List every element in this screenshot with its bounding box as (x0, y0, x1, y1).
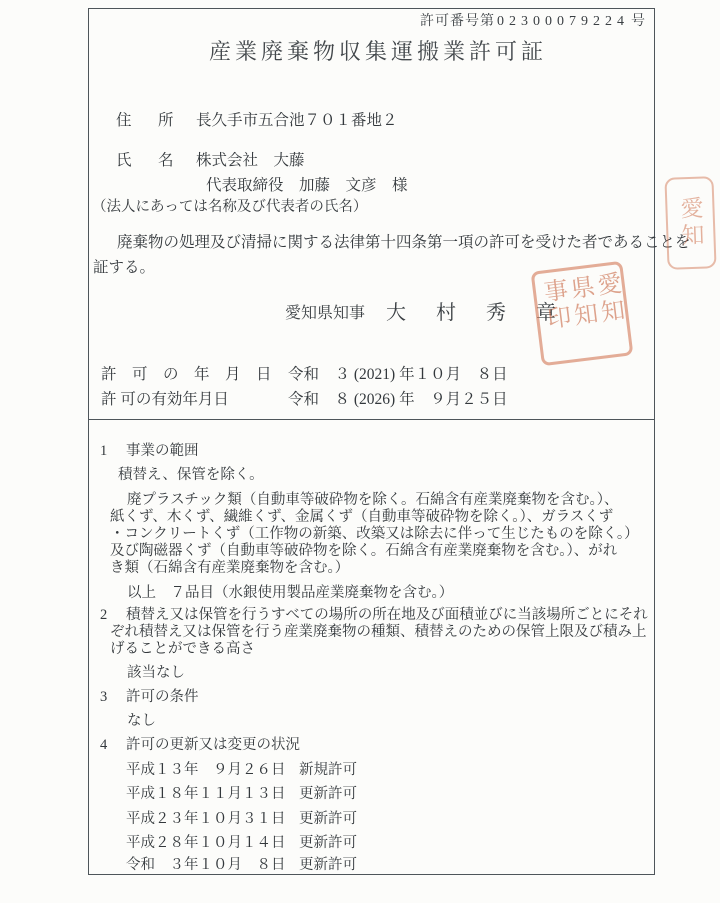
permit-certificate-scan: 許可番号第02300079224号 産業廃棄物収集運搬業許可証 住 所 長久手市… (0, 0, 720, 903)
section2-number: 2 (100, 608, 107, 623)
permit-number-prefix: 許可番号第 (420, 14, 495, 29)
certify-text-line1: 廃棄物の処理及び清掃に関する法律第十四条第一項の許可を受けた者であることを (117, 235, 691, 251)
history-row-date: 平成２８年１０月１４日 (126, 836, 286, 851)
governor-seal: 愛知県知事印 (531, 261, 634, 367)
section1-item-line: 紙くず、木くず、繊維くず、金属くず（自動車等破砕物を除く。）、ガラスくず (110, 510, 613, 525)
name-label-2: 名 (158, 153, 174, 169)
expiry-date-label: 許 可の有効年月日 (101, 392, 229, 408)
section3-number: 3 (100, 690, 107, 705)
history-row-action: 更新許可 (299, 858, 357, 873)
history-row-action: 更新許可 (299, 812, 357, 827)
section-divider-line (88, 419, 655, 420)
section1-item-line: ・コンクリートくず（工作物の新築、改築又は除去に伴って生じたものを除く。） (110, 527, 639, 542)
section1-item-line: 廃プラスチック類（自動車等破砕物を除く。石綿含有産業廃棄物を含む。）、 (127, 493, 619, 508)
permit-number: 許可番号第02300079224号 (420, 15, 645, 29)
expiry-date-value: 令和 ８ (2026) 年 ９月２５日 (288, 392, 508, 408)
representative-name: 代表取締役 加藤 文彦 様 (206, 178, 408, 194)
history-row-date: 令和 ３年１０月 ８日 (126, 858, 286, 873)
company-name: 株式会社 大藤 (196, 153, 305, 169)
section1-summary: 以上 ７品目（水銀使用製品産業廃棄物を含む。） (127, 586, 453, 601)
history-row-date: 平成１３年 ９月２６日 (126, 763, 286, 778)
section1-number: 1 (100, 444, 107, 459)
history-row-date: 平成１８年１１月１３日 (126, 787, 286, 802)
section1-item-line: 及び陶磁器くず（自動車等破砕物を除く。石綿含有産業廃棄物を含む。）、がれ (110, 544, 617, 559)
page-edge-seal: 愛知 (664, 176, 716, 270)
section3-answer: なし (127, 714, 156, 729)
section1-sub: 積替え、保管を除く。 (118, 468, 264, 483)
permit-date-label: 許 可 の 年 月 日 (101, 367, 272, 383)
section1-item-line: き類（石綿含有産業廃棄物を含む。） (110, 561, 349, 576)
section2-text-line: 積替え又は保管を行うすべての場所の所在地及び面積並びに当該場所ごとにそれ (126, 608, 648, 623)
section4-heading: 許可の更新又は変更の状況 (126, 738, 300, 753)
certify-text-line2: 証する。 (93, 260, 155, 276)
history-row-action: 更新許可 (299, 787, 357, 802)
section4-number: 4 (100, 738, 107, 753)
permit-number-suffix: 号 (631, 14, 645, 29)
history-row-action: 新規許可 (299, 763, 357, 778)
section2-answer: 該当なし (127, 666, 185, 681)
name-label-1: 氏 (116, 153, 132, 169)
section2-text-line: ぞれ積替え又は保管を行う産業廃棄物の種類、積替えのための保管上限及び積み上 (110, 625, 647, 640)
permit-date-value: 令和 ３ (2021) 年１０月 ８日 (288, 367, 508, 383)
section3-heading: 許可の条件 (126, 690, 199, 705)
corporate-note: （法人にあっては名称及び代表者の氏名） (92, 200, 367, 215)
address-label-1: 住 (116, 113, 132, 129)
page-edge-seal-text: 愛知 (673, 195, 708, 250)
section1-heading: 事業の範囲 (126, 444, 199, 459)
history-row-date: 平成２３年１０月３１日 (126, 812, 286, 827)
document-title: 産業廃棄物収集運搬業許可証 (88, 41, 668, 63)
permit-number-digits: 02300079224 (497, 14, 629, 29)
governor-seal-text: 愛知県知事印 (537, 270, 627, 357)
address-value: 長久手市五合池７０１番地２ (196, 113, 398, 129)
address-label-2: 所 (158, 113, 174, 129)
section2-text-line: げることができる高さ (110, 642, 255, 657)
history-row-action: 更新許可 (299, 836, 357, 851)
issuer-title: 愛知県知事 (285, 306, 365, 322)
